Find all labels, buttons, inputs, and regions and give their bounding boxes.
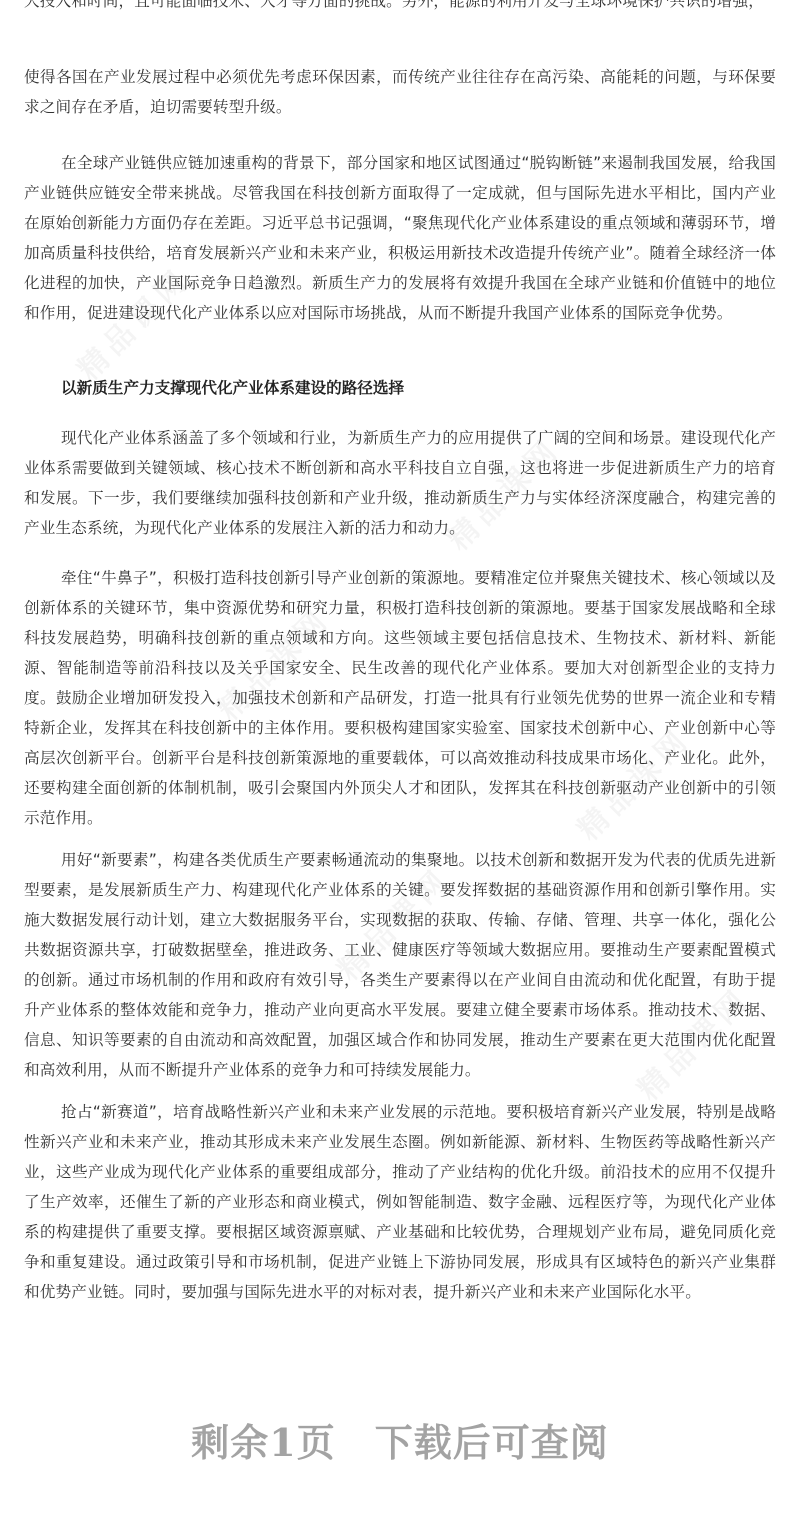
paragraph-environmental: 使得各国在产业发展过程中必须优先考虑环保因素，而传统产业往往存在高污染、高能耗的…	[24, 62, 776, 122]
paragraph-modern-industry: 现代化产业体系涵盖了多个领域和行业，为新质生产力的应用提供了广阔的空间和场景。建…	[24, 423, 776, 543]
remaining-pages-banner[interactable]: 剩余1页 下载后可查阅	[0, 1412, 800, 1467]
paragraph-new-track: 抢占“新赛道”，培育战略性新兴产业和未来产业发展的示范地。要积极培育新兴产业发展…	[24, 1097, 776, 1307]
section-heading: 以新质生产力支撑现代化产业体系建设的路径选择	[61, 373, 404, 403]
paragraph-innovation-source: 牵住“牛鼻子”，积极打造科技创新引导产业创新的策源地。要精准定位并聚焦关键技术、…	[24, 563, 776, 833]
document-page: 大投入和时间，且可能面临技术、人才等方面的挑战。另外，能源的利用开发与全球环境保…	[0, 0, 800, 1520]
paragraph-fragment-top: 大投入和时间，且可能面临技术、人才等方面的挑战。另外，能源的利用开发与全球环境保…	[24, 0, 776, 16]
paragraph-global-chain: 在全球产业链供应链加速重构的背景下，部分国家和地区试图通过“脱钩断链”来遏制我国…	[24, 148, 776, 328]
paragraph-new-factors: 用好“新要素”，构建各类优质生产要素畅通流动的集聚地。以技术创新和数据开发为代表…	[24, 845, 776, 1085]
